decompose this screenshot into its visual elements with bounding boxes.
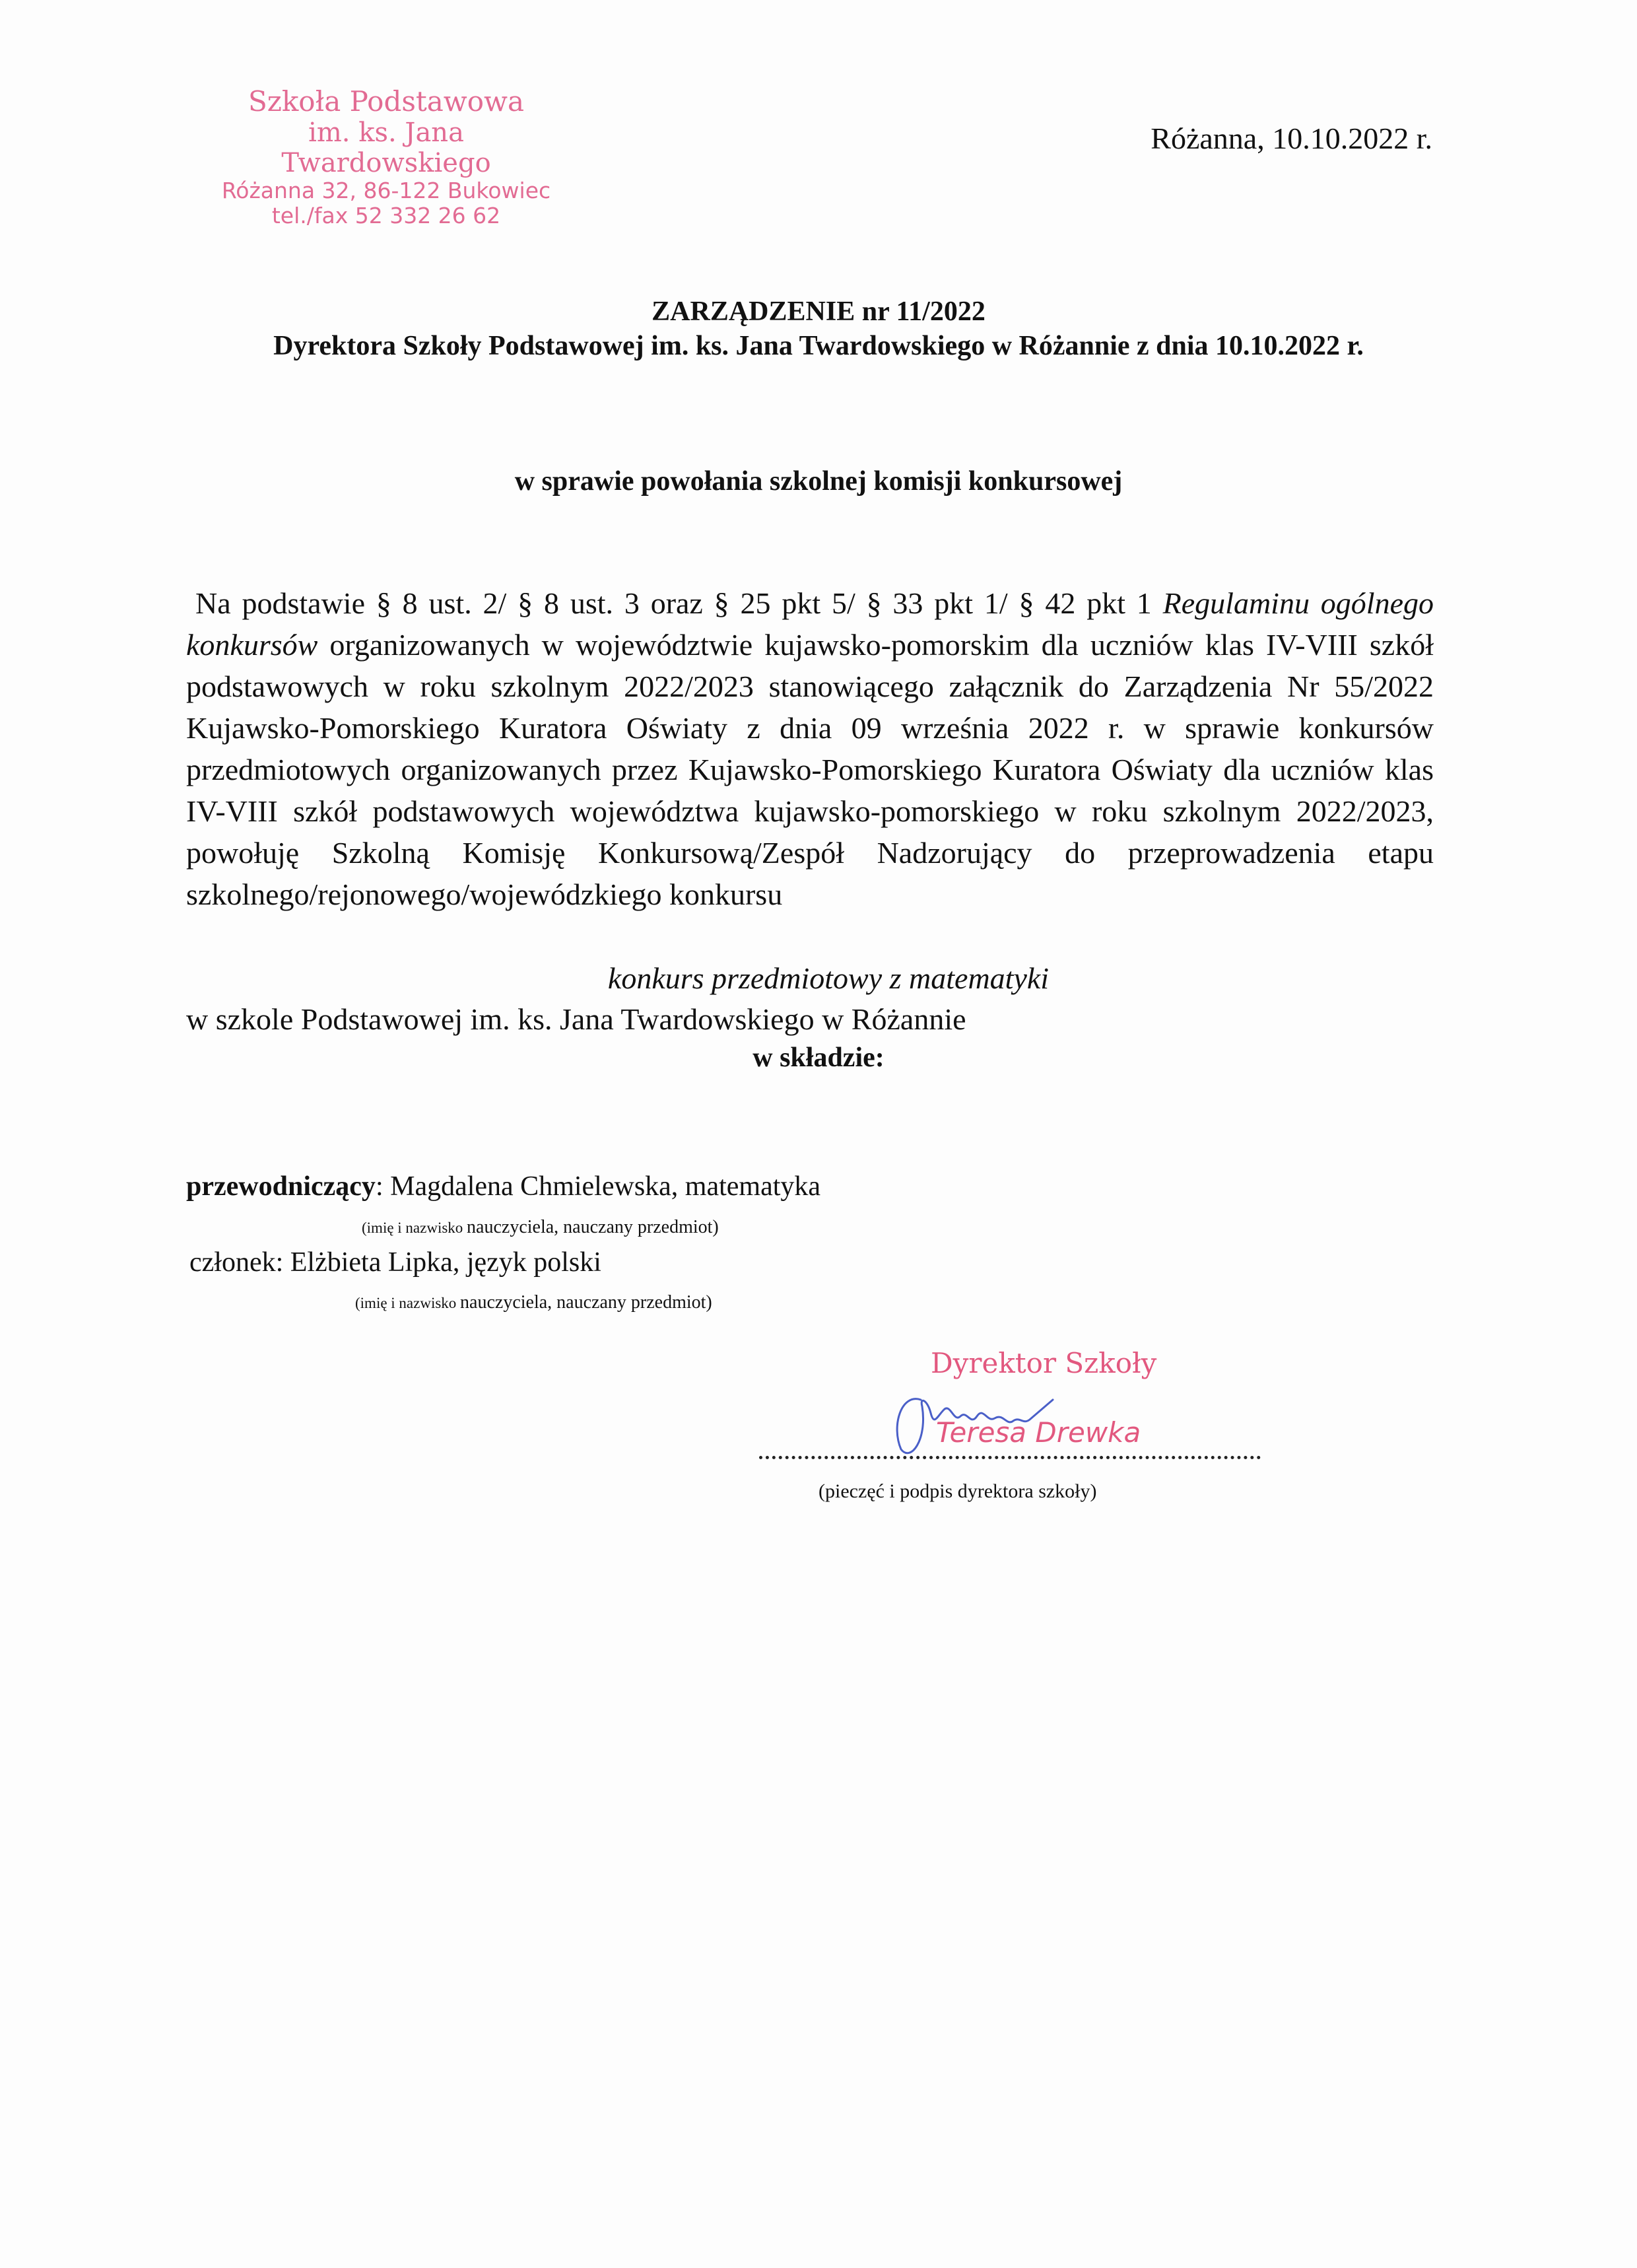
legal-basis-paragraph: Na podstawie § 8 ust. 2/ § 8 ust. 3 oraz… [186, 582, 1434, 915]
composition-label: w składzie: [0, 1042, 1637, 1074]
stamp-line-school: Szkoła Podstawowa [201, 86, 571, 118]
contest-name: konkurs przedmiotowy z matematyki [0, 961, 1637, 996]
stamp-line-phone: tel./fax 52 332 26 62 [201, 203, 571, 228]
stamp-line-patron: im. ks. Jana Twardowskiego [201, 118, 571, 178]
document-subtitle: Dyrektora Szkoły Podstawowej im. ks. Jan… [0, 330, 1637, 362]
legal-basis-lead: Na podstawie § 8 ust. 2/ § 8 ust. 3 oraz… [195, 586, 1163, 620]
signature-line [759, 1449, 1261, 1459]
member-details: : Magdalena Chmielewska, matematyka [376, 1171, 820, 1202]
document-page: Szkoła Podstawowa im. ks. Jana Twardowsk… [0, 0, 1637, 2268]
member-role: przewodniczący [186, 1171, 376, 1202]
member-hint: (imię i nazwisko nauczyciela, nauczany p… [355, 1292, 712, 1313]
signature-caption: (pieczęć i podpis dyrektora szkoły) [818, 1480, 1097, 1503]
stamp-line-address: Różanna 32, 86-122 Bukowiec [201, 178, 571, 203]
school-stamp: Szkoła Podstawowa im. ks. Jana Twardowsk… [201, 86, 571, 228]
place-date: Różanna, 10.10.2022 r. [1151, 121, 1432, 156]
committee-member: członek: Elżbieta Lipka, język polski [189, 1247, 601, 1278]
member-role: członek [189, 1247, 276, 1278]
document-title: ZARZĄDZENIE nr 11/2022 [0, 296, 1637, 327]
member-details: : Elżbieta Lipka, język polski [276, 1247, 601, 1278]
legal-basis-rest: organizowanych w województwie kujawsko-p… [186, 628, 1434, 911]
member-hint: (imię i nazwisko nauczyciela, nauczany p… [362, 1217, 719, 1238]
committee-chair: przewodniczący: Magdalena Chmielewska, m… [186, 1171, 820, 1202]
document-subject: w sprawie powołania szkolnej komisji kon… [0, 465, 1637, 497]
contest-school: w szkole Podstawowej im. ks. Jana Twardo… [186, 1002, 966, 1037]
director-stamp-title: Dyrektor Szkoły [931, 1347, 1156, 1379]
